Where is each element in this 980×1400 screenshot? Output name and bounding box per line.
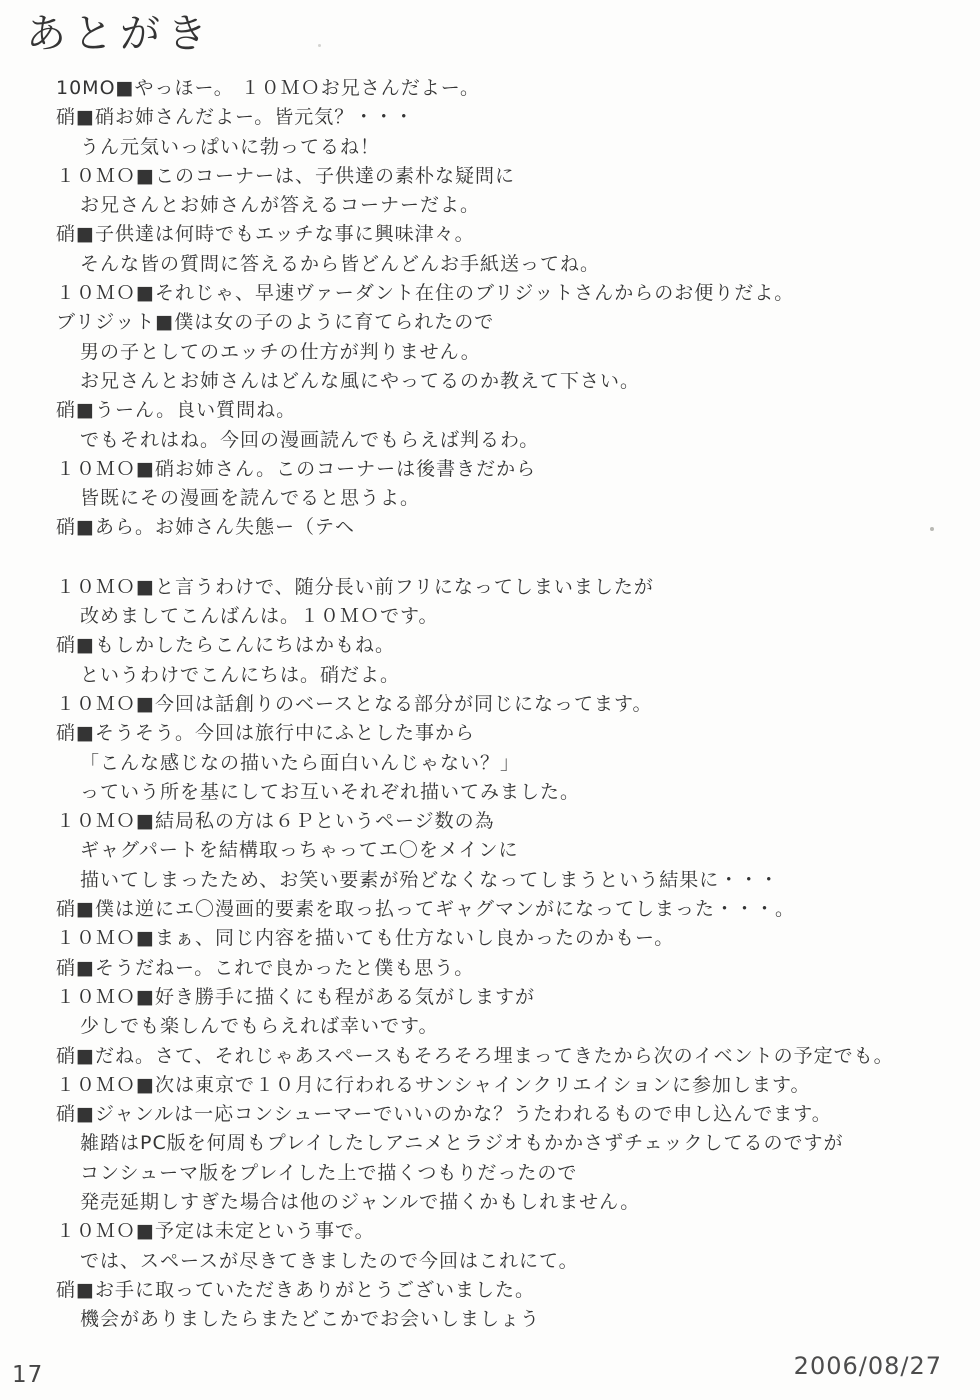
text-line: １０ＭＯ■それじゃ、早速ヴァーダント在住のブリジットさんからのお便りだよ。 <box>0 279 980 308</box>
text-line: １０ＭＯ■と言うわけで、随分長い前フリになってしまいましたが <box>0 573 980 602</box>
text-line: 硝■僕は逆にエ〇漫画的要素を取っ払ってギャグマンがになってしまった・・・。 <box>0 895 980 924</box>
text-line: 硝■だね。さて、それじゃあスペースもそろそろ埋まってきたから次のイベントの予定で… <box>0 1042 980 1071</box>
text-line: お兄さんとお姉さんはどんな風にやってるのか教えて下さい。 <box>0 367 980 396</box>
page-date: 2006/08/27 <box>794 1352 942 1380</box>
page-number: 17 <box>12 1362 43 1388</box>
text-line: 少しでも楽しんでもらえれば幸いです。 <box>0 1012 980 1041</box>
text-line: １０ＭＯ■このコーナーは、子供達の素朴な疑問に <box>0 162 980 191</box>
text-line: 改めましてこんばんは。１０ＭＯです。 <box>0 602 980 631</box>
text-line: 硝■そうだねー。これで良かったと僕も思う。 <box>0 954 980 983</box>
text-line: でもそれはね。今回の漫画読んでもらえば判るわ。 <box>0 426 980 455</box>
text-line: というわけでこんにちは。硝だよ。 <box>0 661 980 690</box>
text-line: 硝■もしかしたらこんにちはかもね。 <box>0 631 980 660</box>
text-line: 雑踏はPC版を何周もプレイしたしアニメとラジオもかかさずチェックしてるのですが <box>0 1129 980 1158</box>
text-line: ブリジット■僕は女の子のように育てられたので <box>0 308 980 337</box>
text-line: １０ＭＯ■まぁ、同じ内容を描いても仕方ないし良かったのかもー。 <box>0 924 980 953</box>
text-line: 描いてしまったため、お笑い要素が殆どなくなってしまうという結果に・・・ <box>0 866 980 895</box>
text-line: １０ＭＯ■結局私の方は６Ｐというページ数の為 <box>0 807 980 836</box>
text-line: そんな皆の質問に答えるから皆どんどんお手紙送ってね。 <box>0 250 980 279</box>
text-line: お兄さんとお姉さんが答えるコーナーだよ。 <box>0 191 980 220</box>
text-line: っていう所を基にしてお互いそれぞれ描いてみました。 <box>0 778 980 807</box>
text-line: 硝■子供達は何時でもエッチな事に興味津々。 <box>0 220 980 249</box>
text-line: 硝■ジャンルは一応コンシューマーでいいのかな？うたわれるもので申し込んでます。 <box>0 1100 980 1129</box>
text-line: 発売延期しすぎた場合は他のジャンルで描くかもしれません。 <box>0 1188 980 1217</box>
text-line: １０ＭＯ■好き勝手に描くにも程がある気がしますが <box>0 983 980 1012</box>
text-line: 皆既にその漫画を読んでると思うよ。 <box>0 484 980 513</box>
text-line: １０ＭＯ■硝お姉さん。このコーナーは後書きだから <box>0 455 980 484</box>
scan-speck <box>930 527 934 531</box>
text-line: 硝■あら。お姉さん失態ー（テヘ <box>0 513 980 542</box>
text-line: １０ＭＯ■次は東京で１０月に行われるサンシャインクリエイションに参加します。 <box>0 1071 980 1100</box>
text-line: １０ＭＯ■予定は未定という事で。 <box>0 1217 980 1246</box>
text-line: 硝■お手に取っていただきありがとうございました。 <box>0 1276 980 1305</box>
text-line: 「こんな感じなの描いたら面白いんじゃない？」 <box>0 749 980 778</box>
text-line: では、スペースが尽きてきましたので今回はこれにて。 <box>0 1247 980 1276</box>
text-line: １０ＭＯ■今回は話創りのベースとなる部分が同じになってます。 <box>0 690 980 719</box>
afterword-text: 10MO■やっほー。 １０ＭＯお兄さんだよー。硝■硝お姉さんだよー。皆元気？・・… <box>0 74 980 1334</box>
text-line: コンシューマ版をプレイした上で描くつもりだったので <box>0 1159 980 1188</box>
text-line: ギャグパートを結構取っちゃってエ〇をメインに <box>0 836 980 865</box>
page-title: あとがき <box>26 2 214 59</box>
text-line: 硝■そうそう。今回は旅行中にふとした事から <box>0 719 980 748</box>
text-line: 男の子としてのエッチの仕方が判りません。 <box>0 338 980 367</box>
scan-speck <box>318 44 321 47</box>
text-line: 硝■うーん。良い質問ね。 <box>0 396 980 425</box>
afterword-page: あとがき 10MO■やっほー。 １０ＭＯお兄さんだよー。硝■硝お姉さんだよー。皆… <box>0 0 980 1400</box>
text-line: 10MO■やっほー。 １０ＭＯお兄さんだよー。 <box>0 74 980 103</box>
text-line: 機会がありましたらまたどこかでお会いしましょう <box>0 1305 980 1334</box>
text-line: うん元気いっぱいに勃ってるね！ <box>0 133 980 162</box>
text-line: 硝■硝お姉さんだよー。皆元気？・・・ <box>0 103 980 132</box>
